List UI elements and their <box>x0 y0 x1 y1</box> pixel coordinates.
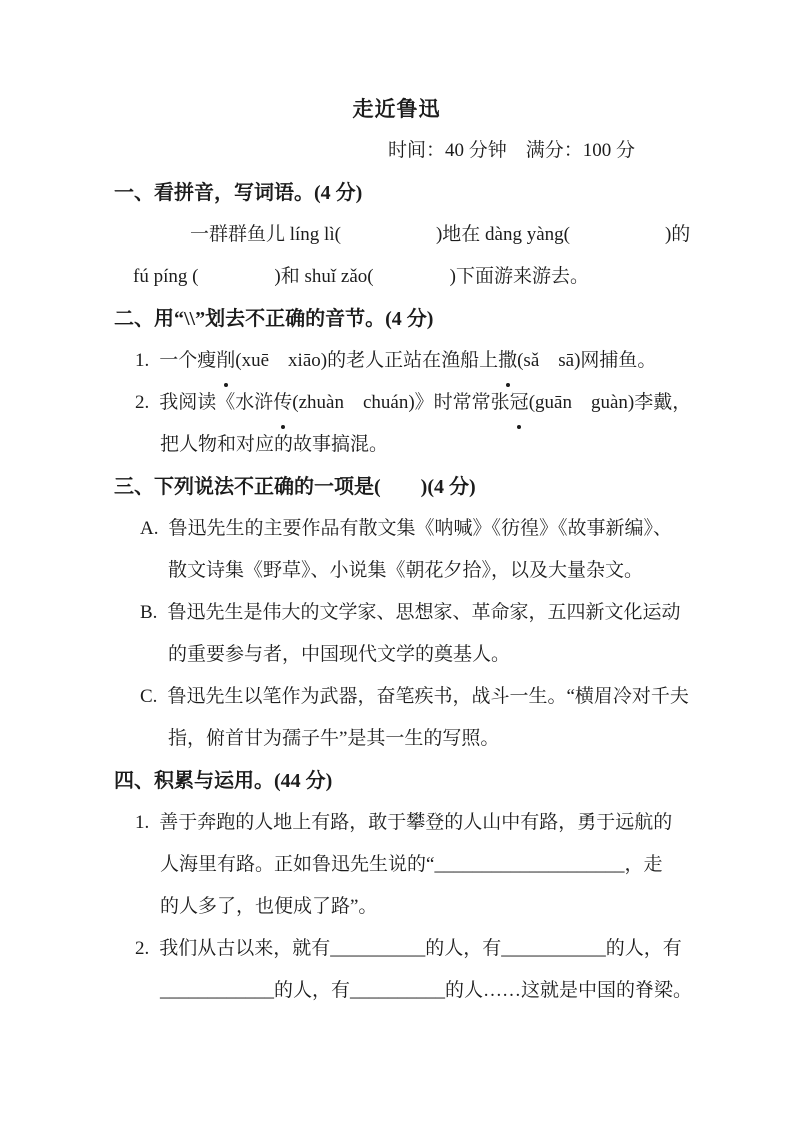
text-run: fú píng ( )和 shuǐ zǎo( )下面游来游去。 <box>133 266 589 287</box>
answer-blank: ____________________ <box>434 854 624 875</box>
item-label: 1. <box>135 340 149 382</box>
text-run: ，走 <box>624 854 662 875</box>
text-run: 一群群鱼儿 líng lì( )地在 dàng yàng( )的 <box>190 224 690 245</box>
text-run: 鲁迅先生的主要作品有散文集《呐喊》《彷徨》《故事新编》、 <box>168 518 672 539</box>
section-heading: 二、用“\\”划去不正确的音节。(4 分) <box>0 298 793 340</box>
text-run: (guān guàn)李戴， <box>529 392 692 413</box>
exam-paper: 走近鲁迅 时间：40 分钟 满分：100 分 一、看拼音，写词语。(4 分)一群… <box>0 0 793 1012</box>
text-run: 指，俯首甘为孺子牛”是其一生的写照。 <box>168 728 499 749</box>
item-label: A. <box>140 508 158 550</box>
text-line: 散文诗集《野草》、小说集《朝花夕拾》，以及大量杂文。 <box>0 550 793 592</box>
item-label: 2. <box>135 382 149 424</box>
text-line: A.鲁迅先生的主要作品有散文集《呐喊》《彷徨》《故事新编》、 <box>0 508 793 550</box>
exam-body: 一、看拼音，写词语。(4 分)一群群鱼儿 líng lì( )地在 dàng y… <box>0 172 793 1012</box>
item-label: 2. <box>135 928 149 970</box>
text-line: ____________的人，有__________的人……这就是中国的脊梁。 <box>0 970 793 1012</box>
text-line: 1.善于奔跑的人地上有路，敢于攀登的人山中有路，勇于远航的 <box>0 802 793 844</box>
text-run: 善于奔跑的人地上有路，敢于攀登的人山中有路，勇于远航的 <box>159 812 672 833</box>
text-line: 的重要参与者，中国现代文学的奠基人。 <box>0 634 793 676</box>
text-run: (sǎ sā)网捕鱼。 <box>517 350 656 371</box>
answer-blank: ____________ <box>160 980 274 1001</box>
text-run: 我们从古以来，就有 <box>159 938 330 959</box>
emphasized-char: 传 <box>273 382 292 424</box>
emphasized-char: 撒 <box>498 340 517 382</box>
text-line: 把人物和对应的故事搞混。 <box>0 424 793 466</box>
answer-blank: __________ <box>330 938 425 959</box>
emphasized-char: 冠 <box>510 382 529 424</box>
text-line: 一群群鱼儿 líng lì( )地在 dàng yàng( )的 <box>0 214 793 256</box>
text-run: 一个瘦 <box>159 350 216 371</box>
text-run: 鲁迅先生以笔作为武器，奋笔疾书，战斗一生。“横眉冷对千夫 <box>167 686 688 707</box>
answer-blank: __________ <box>350 980 445 1001</box>
item-label: 1. <box>135 802 149 844</box>
text-run: 的人，有 <box>606 938 682 959</box>
text-run: 散文诗集《野草》、小说集《朝花夕拾》，以及大量杂文。 <box>168 560 643 581</box>
text-run: 的人多了，也便成了路”。 <box>160 896 377 917</box>
text-run: 我阅读《水浒 <box>159 392 273 413</box>
section-heading: 四、积累与运用。(44 分) <box>0 760 793 802</box>
doc-title: 走近鲁迅 <box>0 88 793 130</box>
text-line: 人海里有路。正如鲁迅先生说的“____________________，走 <box>0 844 793 886</box>
text-line: 2.我们从古以来，就有__________的人，有___________的人，有 <box>0 928 793 970</box>
text-run: 把人物和对应的故事搞混。 <box>160 434 388 455</box>
text-line: C.鲁迅先生以笔作为武器，奋笔疾书，战斗一生。“横眉冷对千夫 <box>0 676 793 718</box>
text-line: 2.我阅读《水浒传(zhuàn chuán)》时常常张冠(guān guàn)李… <box>0 382 793 424</box>
text-line: 指，俯首甘为孺子牛”是其一生的写照。 <box>0 718 793 760</box>
text-run: (zhuàn chuán)》时常常张 <box>292 392 509 413</box>
text-run: 鲁迅先生是伟大的文学家、思想家、革命家，五四新文化运动 <box>167 602 680 623</box>
text-line: 1.一个瘦削(xuē xiāo)的老人正站在渔船上撒(sǎ sā)网捕鱼。 <box>0 340 793 382</box>
section-heading: 一、看拼音，写词语。(4 分) <box>0 172 793 214</box>
exam-meta: 时间：40 分钟 满分：100 分 <box>0 130 793 172</box>
answer-blank: ___________ <box>501 938 606 959</box>
emphasized-char: 削 <box>216 340 235 382</box>
text-line: 的人多了，也便成了路”。 <box>0 886 793 928</box>
section-heading: 三、下列说法不正确的一项是( )(4 分) <box>0 466 793 508</box>
text-run: 的人，有 <box>425 938 501 959</box>
item-label: C. <box>140 676 157 718</box>
text-line: fú píng ( )和 shuǐ zǎo( )下面游来游去。 <box>0 256 793 298</box>
text-run: 的重要参与者，中国现代文学的奠基人。 <box>168 644 510 665</box>
text-run: 的人……这就是中国的脊梁。 <box>445 980 692 1001</box>
item-label: B. <box>140 592 157 634</box>
text-run: 的人，有 <box>274 980 350 1001</box>
text-run: 人海里有路。正如鲁迅先生说的“ <box>160 854 434 875</box>
text-run: (xuē xiāo)的老人正站在渔船上 <box>235 350 498 371</box>
text-line: B.鲁迅先生是伟大的文学家、思想家、革命家，五四新文化运动 <box>0 592 793 634</box>
